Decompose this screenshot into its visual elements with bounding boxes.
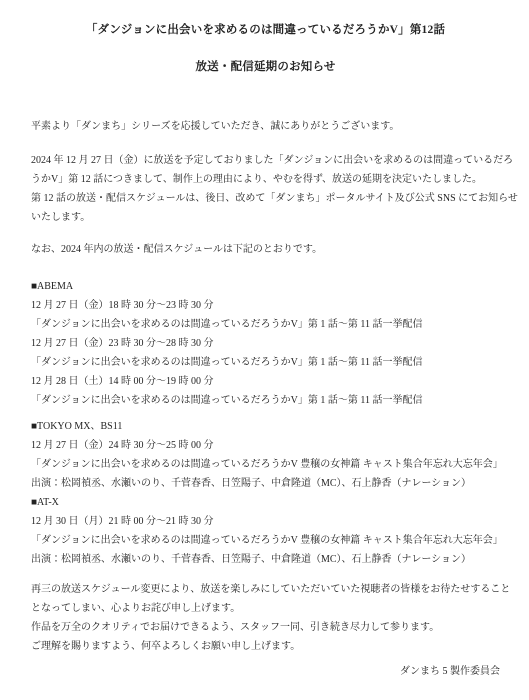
tokyomx-bs11-section-heading: ■TOKYO MX、BS11 — [31, 417, 500, 436]
delay-notice-line: うかV」第 12 話につきまして、制作上の理由により、やむを得ず、放送の延期を決… — [31, 170, 500, 189]
closing-apology-paragraph: 再三の放送スケジュール変更により、放送を楽しみにしていただいていた視聴者の皆様を… — [31, 580, 500, 656]
atx-section-heading: ■AT-X — [31, 493, 500, 512]
abema-section-heading: ■ABEMA — [31, 277, 500, 296]
abema-slot-program: 「ダンジョンに出会いを求めるのは間違っているだろうかV」第 1 話～第 11 話… — [31, 353, 500, 372]
abema-slot-time: 12 月 28 日（土）14 時 00 分～19 時 00 分 — [31, 372, 500, 391]
closing-apology-line: 再三の放送スケジュール変更により、放送を楽しみにしていただいていた視聴者の皆様を… — [31, 580, 500, 599]
atx-cast-list: 出演：松岡禎丞、水瀬いのり、千菅春香、日笠陽子、中倉隆道（MC）、石上静香（ナレ… — [31, 550, 500, 569]
delay-notice-paragraph: 2024 年 12 月 27 日（金）に放送を予定しておりました「ダンジョンに出… — [31, 151, 500, 227]
delay-notice-line: いたします。 — [31, 208, 500, 227]
announcement-document: 「ダンジョンに出会いを求めるのは間違っているだろうかV」第12話 放送・配信延期… — [0, 0, 529, 700]
greeting-text: 平素より「ダンまち」シリーズを応援していただき、誠にありがとうございます。 — [31, 117, 500, 136]
closing-apology-line: 作品を万全のクオリティでお届けできるよう、スタッフ一同、引き続き尽力して参ります… — [31, 618, 500, 637]
tokyomx-bs11-slot-time: 12 月 27 日（金）24 時 30 分～25 時 00 分 — [31, 436, 500, 455]
abema-slot-program: 「ダンジョンに出会いを求めるのは間違っているだろうかV」第 1 話～第 11 話… — [31, 391, 500, 410]
production-committee-signature: ダンまち 5 製作委員会 — [31, 662, 500, 681]
document-subtitle: 放送・配信延期のお知らせ — [31, 59, 500, 75]
closing-apology-line: ご理解を賜りますよう、何卒よろしくお願い申し上げます。 — [31, 637, 500, 656]
abema-slot-time: 12 月 27 日（金）18 時 30 分～23 時 30 分 — [31, 296, 500, 315]
delay-notice-line: 第 12 話の放送・配信スケジュールは、後日、改めて「ダンまち」ポータルサイト及… — [31, 189, 500, 208]
abema-slot-program: 「ダンジョンに出会いを求めるのは間違っているだろうかV」第 1 話～第 11 話… — [31, 315, 500, 334]
delay-notice-line: 2024 年 12 月 27 日（金）に放送を予定しておりました「ダンジョンに出… — [31, 151, 500, 170]
abema-slot-time: 12 月 27 日（金）23 時 30 分～28 時 30 分 — [31, 334, 500, 353]
document-title: 「ダンジョンに出会いを求めるのは間違っているだろうかV」第12話 — [31, 22, 500, 38]
tokyomx-bs11-schedule-section: ■TOKYO MX、BS11 12 月 27 日（金）24 時 30 分～25 … — [31, 417, 500, 493]
tokyomx-bs11-cast-list: 出演：松岡禎丞、水瀬いのり、千菅春香、日笠陽子、中倉隆道（MC）、石上静香（ナレ… — [31, 474, 500, 493]
schedule-intro-text: なお、2024 年内の放送・配信スケジュールは下記のとおりです。 — [31, 240, 500, 259]
atx-slot-program: 「ダンジョンに出会いを求めるのは間違っているだろうかV 豊穣の女神篇 キャスト集… — [31, 531, 500, 550]
tokyomx-bs11-slot-program: 「ダンジョンに出会いを求めるのは間違っているだろうかV 豊穣の女神篇 キャスト集… — [31, 455, 500, 474]
atx-schedule-section: ■AT-X 12 月 30 日（月）21 時 00 分～21 時 30 分 「ダ… — [31, 493, 500, 569]
closing-apology-line: となってしまい、心よりお詫び申し上げます。 — [31, 599, 500, 618]
abema-schedule-section: ■ABEMA 12 月 27 日（金）18 時 30 分～23 時 30 分 「… — [31, 277, 500, 410]
atx-slot-time: 12 月 30 日（月）21 時 00 分～21 時 30 分 — [31, 512, 500, 531]
